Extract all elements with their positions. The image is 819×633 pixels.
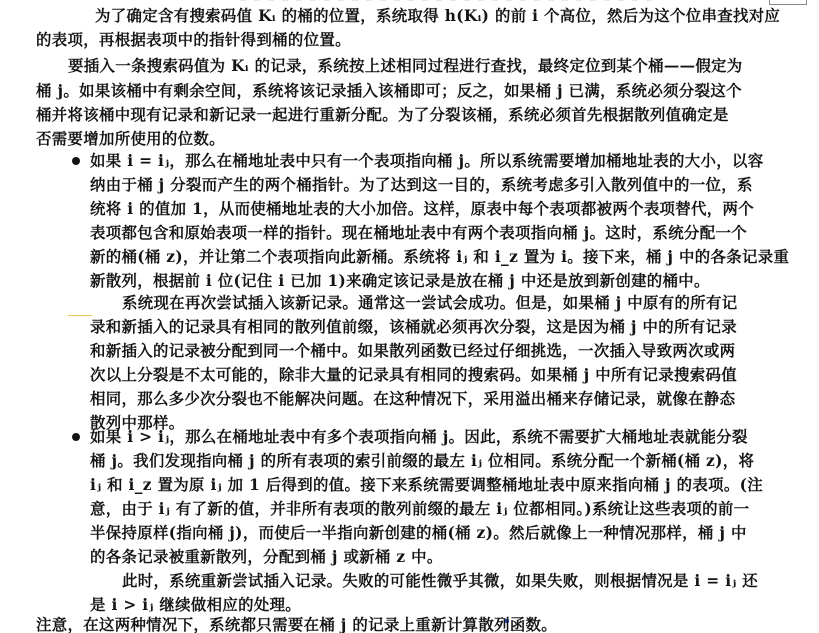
text-line-b1-l3: 统将 i 的值加 1，从而使桶地址表的大小加倍。这样，原表中每个表项都被两个表项… <box>90 198 754 221</box>
text-line-b1p2-l2: 录和新插入的记录具有相同的散列值前缀，该桶就必须再次分裂，这是因为桶 j 中的所… <box>90 316 737 339</box>
text-line-b1-l1: 如果 i = iⱼ，那么在桶地址表中只有一个表项指向桶 j。所以系统需要增加桶地… <box>90 150 763 173</box>
text-line-b2-l2: 桶 j。我们发现指向桶 j 的所有表项的索引前缀的最左 iⱼ 位相同。系统分配一… <box>90 450 754 473</box>
text-line-b2p2-l1: 此时，系统重新尝试插入记录。失败的可能性微乎其微，如果失败，则根据情况是 i =… <box>122 570 758 593</box>
text-line-p2-l2: 桶 j。如果该桶中有剩余空间，系统将该记录插入该桶即可；反之，如果桶 j 已满，… <box>36 80 742 103</box>
text-line-p2-l4: 否需要增加所使用的位数。 <box>36 128 225 151</box>
text-line-b2-l5: 半保持原样(指向桶 j)，而使后一半指向新创建的桶(桶 z)。然后就像上一种情况… <box>90 522 747 545</box>
text-line-b2-l1: 如果 i > iⱼ，那么在桶地址表中有多个表项指向桶 j。因此，系统不需要扩大桶… <box>90 426 748 449</box>
text-line-note-l1: 注意，在这两种情况下，系统都只需要在桶 j 的记录上重新计算散列函数。 <box>36 614 557 633</box>
text-line-p2-l1: 要插入一条搜索码值为 Kᵢ 的记录，系统按上述相同过程进行查找，最终定位到某个桶… <box>68 55 743 78</box>
text-line-b1-l4: 表项都包含和原始表项一样的指针。现在桶地址表中有两个表项指向桶 j。这时，系统分… <box>90 222 747 245</box>
text-line-b1p2-l3: 和新插入的记录被分配到同一个桶中。如果散列函数已经过仔细挑选，一次插入导致两次或… <box>90 340 735 363</box>
text-line-p1-l2: 的表项，再根据表项中的指针得到桶的位置。 <box>36 29 351 52</box>
text-line-b1-l2: 纳由于桶 j 分裂而产生的两个桶指针。为了达到这一目的，系统考虑多引入散列值中的… <box>90 174 753 197</box>
text-line-b2-l3: iⱼ 和 i_z 置为原 iⱼ 加 1 后得到的值。接下来系统需要调整桶地址表中… <box>90 474 763 497</box>
highlight-mark <box>68 315 92 316</box>
document-page: 为了确定含有搜索码值 Kᵢ 的桶的位置，系统取得 h(Kᵢ) 的前 i 个高位，… <box>0 0 819 633</box>
bullet-icon <box>72 157 80 165</box>
text-line-p1-l1: 为了确定含有搜索码值 Kᵢ 的桶的位置，系统取得 h(Kᵢ) 的前 i 个高位，… <box>95 5 780 28</box>
text-line-b1p2-l5: 相同，那么多少次分裂也不能解决问题。在这种情况下，采用溢出桶来存储记录，就像在静… <box>90 388 735 411</box>
text-line-b1p2-l4: 次以上分裂是不太可能的，除非大量的记录具有相同的搜索码。如果桶 j 中所有记录搜… <box>90 364 737 387</box>
text-line-b1p2-l1: 系统现在再次尝试插入该新记录。通常这一尝试会成功。但是，如果桶 j 中原有的所有… <box>122 292 737 315</box>
text-line-b2-l6: 的各条记录被重新散列，分配到桶 j 或新桶 z 中。 <box>90 546 443 569</box>
text-line-p2-l3: 桶并将该桶中现有记录和新记录一起进行重新分配。为了分裂该桶，系统必须首先根据散列… <box>36 104 729 127</box>
text-line-b1-l6: 新散列，根据前 i 位(记住 i 已加 1)来确定该记录是放在桶 j 中还是放到… <box>90 270 710 293</box>
text-line-b2-l4: 意，由于 iⱼ 有了新的值，并非所有表项的散列前缀的最左 iⱼ 位都相同。)系统… <box>90 498 749 521</box>
text-line-b1-l5: 新的桶(桶 z)，并让第二个表项指向此新桶。系统将 iⱼ 和 i_z 置为 i。… <box>90 246 789 269</box>
bullet-icon <box>72 433 80 441</box>
top-scan-rule <box>240 0 660 1</box>
